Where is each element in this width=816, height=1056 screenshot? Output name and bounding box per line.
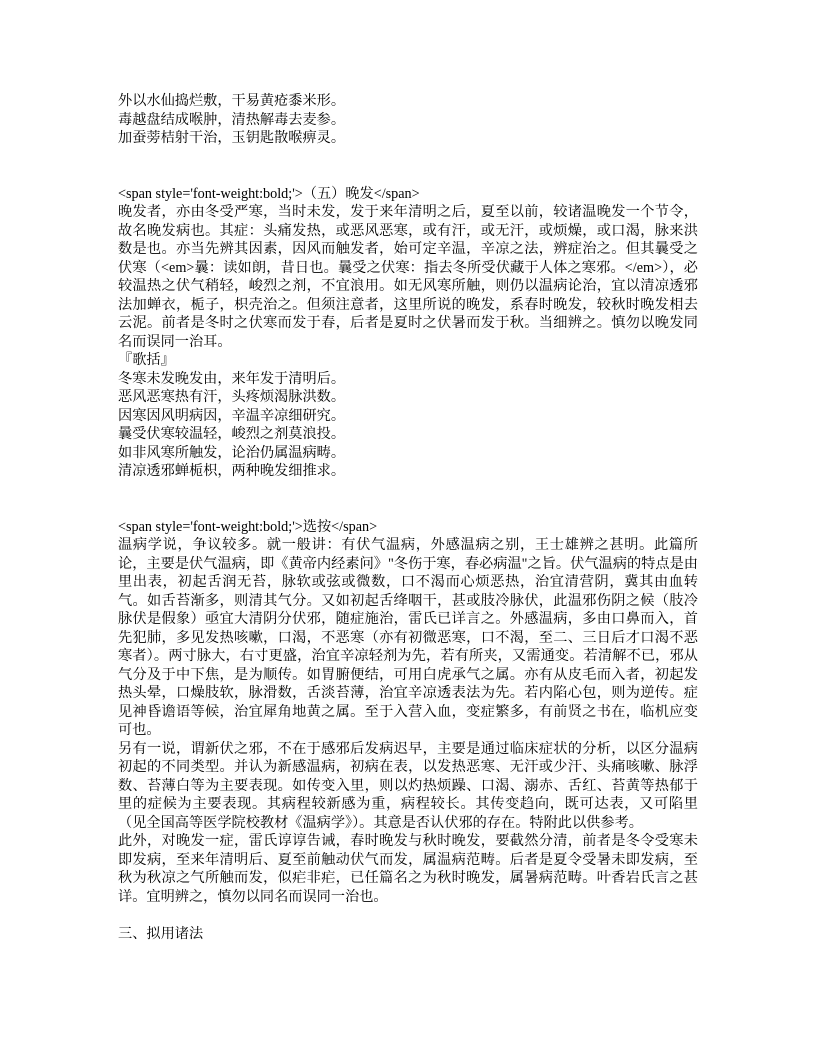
- verse-line: 如非风寒所触发，论治仍属温病畴。: [118, 444, 698, 463]
- paragraph: 此外，对晚发一症，雷氏谆谆告诫，春时晚发与秋时晚发，要截然分清，前者是冬令受寒未…: [118, 832, 698, 906]
- poem-line: 加蚕蒡桔射干治，玉钥匙散喉痹灵。: [118, 129, 698, 148]
- raw-html-heading: <span style='font-weight:bold;'>（五）晚发</s…: [118, 185, 698, 204]
- section-title: 三、拟用诸法: [118, 925, 698, 944]
- poem-line: 外以水仙捣烂敷，干易黄疮黍米形。: [118, 92, 698, 111]
- verse-title: 『歌括』: [118, 351, 698, 370]
- verse-line: 恶风恶寒热有汗，头疼烦渴脉洪数。: [118, 388, 698, 407]
- document-page: 外以水仙捣烂敷，干易黄疮黍米形。毒越盘结成喉肿，清热解毒去麦参。加蚕蒡桔射干治，…: [0, 0, 816, 1056]
- verse-line: 曩受伏寒较温轻，峻烈之剂莫浪投。: [118, 425, 698, 444]
- document-body: 外以水仙捣烂敷，干易黄疮黍米形。毒越盘结成喉肿，清热解毒去麦参。加蚕蒡桔射干治，…: [118, 92, 698, 943]
- blank-line-spacer: [118, 481, 698, 518]
- verse-line: 清凉透邪蝉栀枳，两种晚发细推求。: [118, 462, 698, 481]
- paragraph: 晚发者，亦由冬受严寒，当时未发，发于来年清明之后，夏至以前，较诸温晚发一个节令，…: [118, 203, 698, 351]
- paragraph: 温病学说，争议较多。就一般讲：有伏气温病，外感温病之别，王士雄辨之甚明。此篇所论…: [118, 536, 698, 740]
- verse-line: 冬寒未发晚发由，来年发于清明后。: [118, 370, 698, 389]
- verse-line: 因寒因风明病因，辛温辛凉细研究。: [118, 407, 698, 426]
- blank-line-spacer: [118, 906, 698, 925]
- raw-html-heading: <span style='font-weight:bold;'>选按</span…: [118, 518, 698, 537]
- poem-line: 毒越盘结成喉肿，清热解毒去麦参。: [118, 111, 698, 130]
- blank-line-spacer: [118, 148, 698, 185]
- paragraph: 另有一说，谓新伏之邪，不在于感邪后发病迟早，主要是通过临床症状的分析，以区分温病…: [118, 740, 698, 833]
